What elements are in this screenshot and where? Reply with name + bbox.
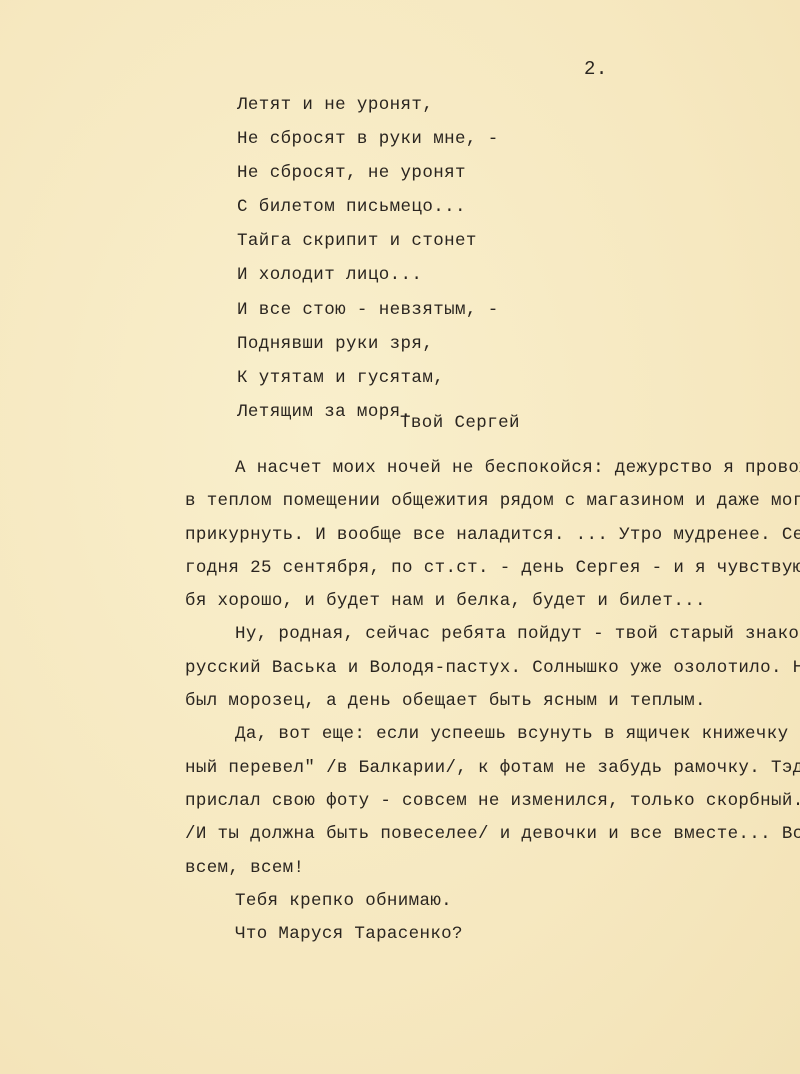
poem-line: Летят и не уронят, (237, 88, 499, 122)
body-line: Что Маруся Тарасенко? (185, 918, 800, 951)
body-line: в теплом помещении общежития рядом с маг… (185, 485, 800, 518)
poem-line: И все стою - невзятым, - (237, 293, 499, 327)
poem-line: Поднявши руки зря, (237, 327, 499, 361)
page-number: 2. (584, 58, 608, 80)
body-line: всем, всем! (185, 852, 800, 885)
body-line: ный перевел" /в Балкарии/, к фотам не за… (185, 752, 800, 785)
poem: Летят и не уронят, Не сбросят в руки мне… (237, 88, 499, 429)
body-line: Ну, родная, сейчас ребята пойдут - твой … (185, 618, 800, 651)
poem-line: Тайга скрипит и стонет (237, 224, 499, 258)
body-line: А насчет моих ночей не беспокойся: дежур… (185, 452, 800, 485)
poem-line: И холодит лицо... (237, 258, 499, 292)
body-line: /И ты должна быть повеселее/ и девочки и… (185, 818, 800, 851)
body-line: Тебя крепко обнимаю. (185, 885, 800, 918)
signature: Твой Сергей (400, 413, 520, 433)
poem-line: К утятам и гусятам, (237, 361, 499, 395)
body-line: бя хорошо, и будет нам и белка, будет и … (185, 585, 800, 618)
body-line: был морозец, а день обещает быть ясным и… (185, 685, 800, 718)
body-line: Да, вот еще: если успеешь всунуть в ящич… (185, 718, 800, 751)
poem-line: С билетом письмецо... (237, 190, 499, 224)
body-line: прислал свою фоту - совсем не изменился,… (185, 785, 800, 818)
poem-line: Не сбросят, не уронят (237, 156, 499, 190)
body-line: годня 25 сентября, по ст.ст. - день Серг… (185, 552, 800, 585)
letter-body: А насчет моих ночей не беспокойся: дежур… (185, 452, 800, 951)
body-line: русский Васька и Володя-пастух. Солнышко… (185, 652, 800, 685)
body-line: прикурнуть. И вообще все наладится. ... … (185, 519, 800, 552)
poem-line: Не сбросят в руки мне, - (237, 122, 499, 156)
